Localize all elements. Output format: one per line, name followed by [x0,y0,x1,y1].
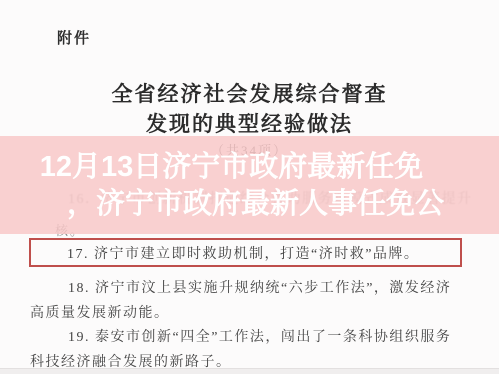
list-item-19-line-1: 19. 泰安市创新“四全”工作法，闯出了一条科协组织服务 [68,326,451,346]
news-overlay-banner: 12月13日济宁市政府最新任免 ，济宁市政府最新人事任免公 [0,136,499,234]
list-item-17: 17. 济宁市建立即时救助机制，打造“济时救”品牌。 [31,243,419,263]
overlay-headline-line-1: 12月13日济宁市政府最新任免 [0,149,481,185]
document-title-line-1: 全省经济社会发展综合督查 [0,78,499,108]
page-bottom-edge [0,368,499,374]
document-title-line-2: 发现的典型经验做法 [0,108,499,138]
overlay-headline-line-2: ，济宁市政府最新人事任免公 [6,186,499,222]
list-item-18-line-2: 高质量发展新动能。 [30,302,170,322]
list-item-18-line-1: 18. 济宁市汶上县实施升规纳统“六步工作法”，激发经济 [68,277,451,297]
attachment-label: 附件 [57,27,91,48]
highlight-box-item-17: 17. 济宁市建立即时救助机制，打造“济时救”品牌。 [29,238,462,267]
screenshot-root: 附件 全省经济社会发展综合督查 发现的典型经验做法 （共34项） 16．济宁市创… [0,0,499,374]
